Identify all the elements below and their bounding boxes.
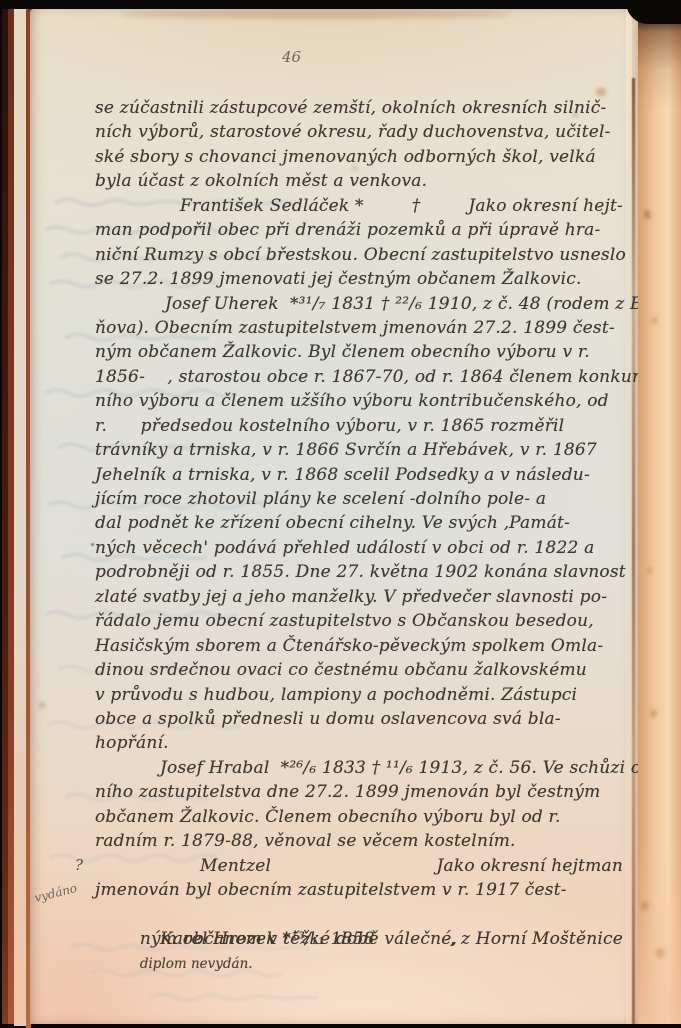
manuscript-line: niční Rumzy s obcí břestskou. Obecní zas… [95,243,623,267]
manuscript-line: dinou srdečnou ovaci co čestnému občanu … [95,658,623,682]
manuscript-line: dal podnět ke zřízení obecní cihelny. Ve… [95,511,623,535]
entry-heading-hrozek: Karel Hrozek *¹³/₁₁ 1858 , z Horní Moště… [95,927,623,951]
manuscript-line: se zúčastnili zástupcové zemští, okolníc… [95,96,623,120]
person-name-mentzel: Mentzel [200,854,271,878]
manuscript-line: řádalo jemu obecní zastupitelstvo s Obča… [95,609,623,633]
manuscript-line: ské sbory s chovanci jmenovaných odborný… [95,145,623,169]
manuscript-line: obce a spolků přednesli u domu oslavenco… [95,707,623,731]
manuscript-line: v průvodu s hudbou, lampiony a pochodněm… [95,683,623,707]
foxing-spot [648,568,652,573]
manuscript-line: ným občanem v těžké době válečné, diplom… [95,902,623,926]
book-photo-background: 46 se zúčastnili zástupcové zemští, okol… [0,0,681,1024]
manuscript-line: zlaté svatby jej a jeho manželky. V před… [95,585,623,609]
manuscript-line: ního výboru a členem užšího výboru kontr… [95,389,623,413]
manuscript-line: občanem Žalkovic. Členem obecního výboru… [95,805,623,829]
top-edge-stain [120,9,510,19]
manuscript-line: podrobněji od r. 1855. Dne 27. května 19… [95,560,623,584]
ink-speck [91,543,94,546]
entry-heading-mentzel: Mentzel Jako okresní hejtman [95,854,623,878]
entry-heading-uherek: Josef Uherek *³¹/₇ 1831 † ²²/₆ 1910, z č… [95,292,623,316]
manuscript-line: Jehelník a trniska, v r. 1868 scelil Pod… [95,463,623,487]
manuscript-line: ních výborů, starostové okresu, řady duc… [95,120,623,144]
manuscript-line: ního zastupitelstva dne 27.2. 1899 jmeno… [95,780,623,804]
gutter-crease [632,78,635,1024]
role-note: Jako okresní hejtman [437,854,623,878]
manuscript-line: 1856- , starostou obce r. 1867-70, od r.… [95,365,623,389]
manuscript-line: ným občanem Žalkovic. Byl členem obecníh… [95,340,623,364]
manuscript-line: r. předsedou kostelního výboru, v r. 186… [95,414,623,438]
foxing-spot [651,710,657,717]
margin-pencil-note: vydáno [33,881,78,905]
foxing-spot [644,210,650,219]
manuscript-page: 46 se zúčastnili zástupcové zemští, okol… [30,8,638,1024]
manuscript-line: Hasičským sborem a Čtenářsko-pěveckým sp… [95,634,623,658]
death-cross-mark: † [412,194,421,218]
ink-speck [40,703,44,707]
foxing-spot [655,948,665,958]
foxing-spot [641,902,648,910]
manuscript-line: ňova). Obecním zastupitelstvem jmenován … [95,316,623,340]
manuscript-line: se 27.2. 1899 jmenovati jej čestným obča… [95,267,623,291]
entry-heading-sedlacek: František Sedláček * † Jako okresní hejt… [95,194,623,218]
person-name-hrozek: Karel Hrozek *¹³/₁₁ 1858 [160,927,375,951]
manuscript-line: man podpořil obec při drenáži pozemků a … [95,218,623,242]
manuscript-line: ných věcech' podává přehled událostí v o… [95,536,623,560]
role-note: Jako okresní hejt- [468,194,623,218]
entry-heading-hrabal: Josef Hrabal *²⁶/₆ 1833 † ¹¹/₆ 1913, z č… [95,756,623,780]
page-number: 46 [282,48,342,66]
manuscript-line: hopřání. [95,731,623,755]
left-page-edge-cream [14,2,26,1024]
manuscript-line: byla účast z okolních měst a venkova. [95,169,623,193]
margin-question-mark: ? [75,856,83,874]
photo-top-background [0,0,681,9]
foxing-spot [596,88,606,96]
manuscript-text-block: se zúčastnili zástupcové zemští, okolníc… [95,96,623,951]
origin-note: , z Horní Moštěnice [450,927,623,951]
person-name-sedlacek: František Sedláček * [180,194,364,218]
manuscript-line: jícím roce zhotovil plány ke scelení -do… [95,487,623,511]
right-page-edges [638,0,681,1024]
manuscript-line: trávníky a trniska, v r. 1866 Svrčín a H… [95,438,623,462]
manuscript-line: radním r. 1879-88, věnoval se věcem kost… [95,829,623,853]
manuscript-line: jmenován byl obecním zastupitelstvem v r… [95,878,623,902]
small-annotation: diplom nevydán. [140,956,253,972]
foxing-spot [652,318,657,323]
